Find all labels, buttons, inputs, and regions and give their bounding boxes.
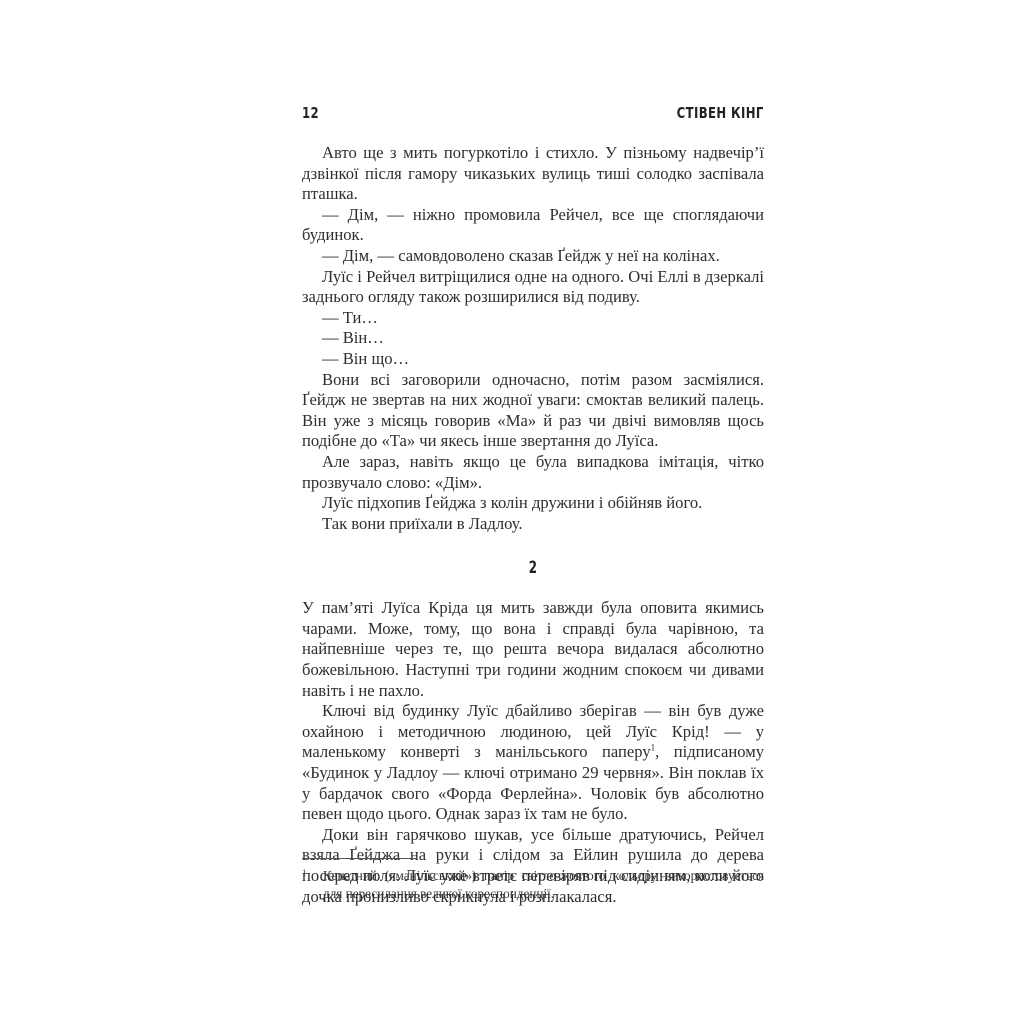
footnote-divider xyxy=(302,858,417,859)
page-header: 12 СТІВЕН КІНГ xyxy=(302,104,764,128)
paragraph: Ключі від будинку Луїс дбайливо зберігав… xyxy=(302,701,764,825)
paragraph: Так вони приїхали в Ладлоу. xyxy=(302,514,764,535)
footnote-text: Канатний («манільський») папір світло-жо… xyxy=(323,867,764,902)
book-page: 12 СТІВЕН КІНГ Авто ще з мить погуркотіл… xyxy=(302,0,764,1024)
footnote: 1 Канатний («манільський») папір світло-… xyxy=(302,867,764,902)
chapter-heading: 2 xyxy=(302,556,764,580)
paragraph: — Ти… xyxy=(302,308,764,329)
paragraph: — Він… xyxy=(302,328,764,349)
chapter-number: 2 xyxy=(529,556,537,580)
paragraph: Вони всі заговорили одночасно, потім раз… xyxy=(302,370,764,452)
paragraph: — Він що… xyxy=(302,349,764,370)
paragraph: Луїс підхопив Ґейджа з колін дружини і о… xyxy=(302,493,764,514)
page-number: 12 xyxy=(302,104,319,122)
paragraph: Луїс і Рейчел витріщилися одне на одного… xyxy=(302,267,764,308)
paragraph: — Дім, — самовдоволено сказав Ґейдж у не… xyxy=(302,246,764,267)
paragraph: — Дім, — ніжно промовила Рейчел, все ще … xyxy=(302,205,764,246)
paragraph: У пам’яті Луїса Кріда ця мить завжди бул… xyxy=(302,598,764,701)
paragraph: Але зараз, навіть якщо це була випадкова… xyxy=(302,452,764,493)
footnote-mark: 1 xyxy=(302,865,307,883)
running-title: СТІВЕН КІНГ xyxy=(677,104,764,122)
page-body: Авто ще з мить погуркотіло і стихло. У п… xyxy=(302,143,764,907)
paragraph: Авто ще з мить погуркотіло і стихло. У п… xyxy=(302,143,764,205)
